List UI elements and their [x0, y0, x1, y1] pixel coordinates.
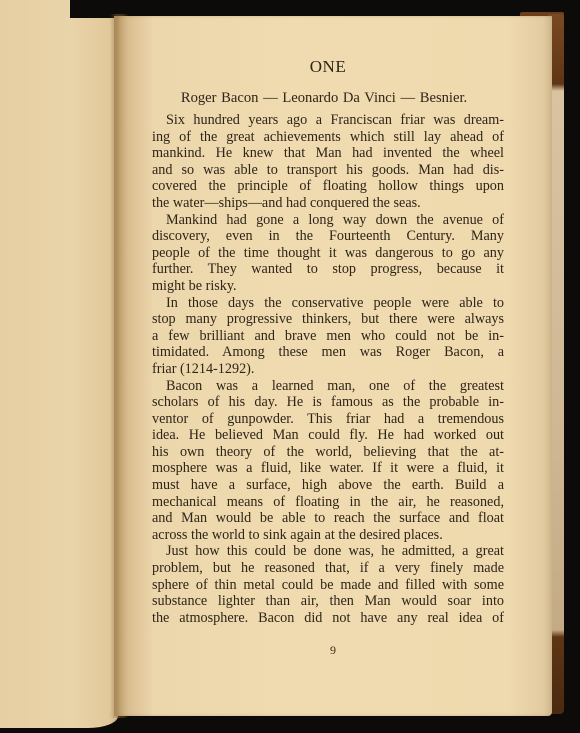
text-line: Just how this could be done was, he admi…	[152, 543, 504, 560]
text-line: Bacon was a learned man, one of the grea…	[152, 378, 504, 395]
text-line: mosphere was a fluid, like water. If it …	[152, 460, 504, 477]
paragraph: Just how this could be done was, he admi…	[152, 543, 504, 626]
text-line: might be risky.	[152, 278, 504, 295]
text-line: stop many progressive thinkers, but ther…	[152, 311, 504, 328]
book-photo: ONE Roger Bacon — Leonardo Da Vinci — Be…	[0, 0, 580, 733]
chapter-number: ONE	[152, 56, 504, 78]
paragraph: Bacon was a learned man, one of the grea…	[152, 378, 504, 544]
text-line: idea. He believed Man could fly. He had …	[152, 427, 504, 444]
paragraph: Mankind had gone a long way down the ave…	[152, 212, 504, 295]
text-line: and so was able to transport his goods. …	[152, 162, 504, 179]
text-line: Six hundred years ago a Franciscan friar…	[152, 112, 504, 129]
text-line: people of the time thought it was danger…	[152, 245, 504, 262]
left-page-edge	[0, 0, 118, 728]
spine-gutter	[110, 14, 128, 718]
text-line: further. They wanted to stop progress, b…	[152, 261, 504, 278]
text-line: covered the principle of floating hollow…	[152, 178, 504, 195]
text-line: and Man would be able to reach the surfa…	[152, 510, 504, 527]
page-number: 9	[114, 643, 552, 658]
text-line: problem, but he reasoned that, if a very…	[152, 560, 504, 577]
text-line: the atmosphere. Bacon did not have any r…	[152, 610, 504, 627]
text-line: scholars of his day. He is famous as the…	[152, 394, 504, 411]
text-line: mechanical means of floating in the air,…	[152, 494, 504, 511]
page-text: ONE Roger Bacon — Leonardo Da Vinci — Be…	[152, 56, 504, 626]
paragraph: Six hundred years ago a Franciscan friar…	[152, 112, 504, 212]
text-line: across the world to sink again at the de…	[152, 527, 504, 544]
text-line: friar (1214-1292).	[152, 361, 504, 378]
paragraph: In those days the conservative people we…	[152, 295, 504, 378]
text-line: timidated. Among these men was Roger Bac…	[152, 344, 504, 361]
text-line: his own theory of the world, believing t…	[152, 444, 504, 461]
text-line: ventor of gunpowder. This friar had a tr…	[152, 411, 504, 428]
chapter-subtitle: Roger Bacon — Leonardo Da Vinci — Besnie…	[144, 86, 504, 110]
text-line: mankind. He knew that Man had invented t…	[152, 145, 504, 162]
text-line: In those days the conservative people we…	[152, 295, 504, 312]
text-line: must have a surface, high above the eart…	[152, 477, 504, 494]
text-line: the water—ships—and had conquered the se…	[152, 195, 504, 212]
text-line: sphere of thin metal could be made and f…	[152, 577, 504, 594]
text-line: discovery, even in the Fourteenth Centur…	[152, 228, 504, 245]
text-line: substance lighter than air, then Man wou…	[152, 593, 504, 610]
text-line: Mankind had gone a long way down the ave…	[152, 212, 504, 229]
text-line: ing of the great achievements which stil…	[152, 129, 504, 146]
text-line: a few brilliant and brave men who could …	[152, 328, 504, 345]
